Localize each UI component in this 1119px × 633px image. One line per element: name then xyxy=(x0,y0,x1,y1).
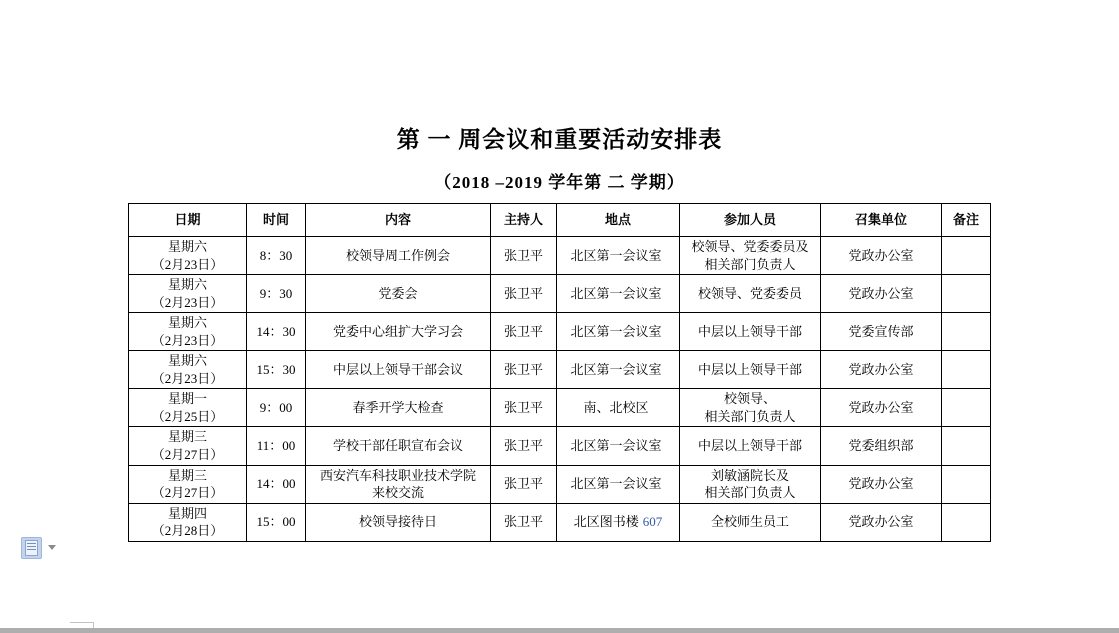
cell-location: 北区第一会议室 xyxy=(557,465,680,503)
cell-remark xyxy=(942,275,991,313)
cell-participants: 中层以上领导干部 xyxy=(680,313,821,351)
col-header-location: 地点 xyxy=(557,204,680,237)
cell-participants: 校领导、党委委员及 相关部门负责人 xyxy=(680,237,821,275)
col-header-organizer: 召集单位 xyxy=(821,204,942,237)
cell-content: 党委会 xyxy=(306,275,491,313)
cell-content: 校领导周工作例会 xyxy=(306,237,491,275)
col-header-host: 主持人 xyxy=(491,204,557,237)
paste-options-icon[interactable] xyxy=(21,537,42,559)
cell-location-text: 南、北校区 xyxy=(583,400,648,415)
cell-remark xyxy=(942,389,991,427)
cell-remark xyxy=(942,465,991,503)
cell-location: 南、北校区 xyxy=(557,389,680,427)
cell-time: 9：30 xyxy=(247,275,306,313)
meeting-schedule-table: 日期 时间 内容 主持人 地点 参加人员 召集单位 备注 星期六 （2月23日）… xyxy=(128,203,991,542)
cell-location-text: 北区第一会议室 xyxy=(570,362,661,377)
col-header-date: 日期 xyxy=(129,204,247,237)
cell-date: 星期三 （2月27日） xyxy=(129,427,247,465)
cell-host: 张卫平 xyxy=(491,503,557,541)
col-header-content: 内容 xyxy=(306,204,491,237)
cell-content: 学校干部任职宣布会议 xyxy=(306,427,491,465)
cell-time: 15：30 xyxy=(247,351,306,389)
cell-content: 党委中心组扩大学习会 xyxy=(306,313,491,351)
table-row: 星期六 （2月23日） 9：30 党委会 张卫平 北区第一会议室 校领导、党委委… xyxy=(129,275,991,313)
cell-organizer: 党政办公室 xyxy=(821,465,942,503)
col-header-remark: 备注 xyxy=(942,204,991,237)
cell-host: 张卫平 xyxy=(491,465,557,503)
cell-organizer: 党政办公室 xyxy=(821,275,942,313)
cell-location-text: 北区第一会议室 xyxy=(570,476,661,491)
cell-remark xyxy=(942,503,991,541)
table-row: 星期三 （2月27日） 14：00 西安汽车科技职业技术学院 来校交流 张卫平 … xyxy=(129,465,991,503)
cell-time: 8：30 xyxy=(247,237,306,275)
cell-date: 星期六 （2月23日） xyxy=(129,237,247,275)
cell-location: 北区图书楼607 xyxy=(557,503,680,541)
paste-options-widget xyxy=(21,537,61,559)
table-row: 星期六 （2月23日） 15：30 中层以上领导干部会议 张卫平 北区第一会议室… xyxy=(129,351,991,389)
cell-date: 星期三 （2月27日） xyxy=(129,465,247,503)
cell-organizer: 党政办公室 xyxy=(821,237,942,275)
cell-date: 星期四 （2月28日） xyxy=(129,503,247,541)
cell-host: 张卫平 xyxy=(491,275,557,313)
cell-remark xyxy=(942,237,991,275)
cell-location: 北区第一会议室 xyxy=(557,427,680,465)
cell-host: 张卫平 xyxy=(491,351,557,389)
cell-location: 北区第一会议室 xyxy=(557,237,680,275)
cell-content: 中层以上领导干部会议 xyxy=(306,351,491,389)
cell-participants: 中层以上领导干部 xyxy=(680,351,821,389)
cell-location-text: 北区第一会议室 xyxy=(570,438,661,453)
cell-time: 11：00 xyxy=(247,427,306,465)
cell-location-text: 北区图书楼 xyxy=(574,514,639,529)
cell-remark xyxy=(942,427,991,465)
cell-time: 14：30 xyxy=(247,313,306,351)
cell-date: 星期六 （2月23日） xyxy=(129,313,247,351)
cell-organizer: 党政办公室 xyxy=(821,389,942,427)
cell-time: 15：00 xyxy=(247,503,306,541)
document-title: 第 一 周会议和重要活动安排表 xyxy=(0,121,1119,154)
cell-date: 星期一 （2月25日） xyxy=(129,389,247,427)
table-row: 星期四 （2月28日） 15：00 校领导接待日 张卫平 北区图书楼607 全校… xyxy=(129,503,991,541)
cell-location: 北区第一会议室 xyxy=(557,351,680,389)
cell-content: 春季开学大检查 xyxy=(306,389,491,427)
cell-remark xyxy=(942,313,991,351)
table-header-row: 日期 时间 内容 主持人 地点 参加人员 召集单位 备注 xyxy=(129,204,991,237)
cell-date: 星期六 （2月23日） xyxy=(129,351,247,389)
cell-location-number: 607 xyxy=(643,514,663,529)
cell-participants: 中层以上领导干部 xyxy=(680,427,821,465)
cell-participants: 全校师生员工 xyxy=(680,503,821,541)
table-row: 星期六 （2月23日） 8：30 校领导周工作例会 张卫平 北区第一会议室 校领… xyxy=(129,237,991,275)
cell-host: 张卫平 xyxy=(491,313,557,351)
cell-location: 北区第一会议室 xyxy=(557,275,680,313)
cell-organizer: 党政办公室 xyxy=(821,503,942,541)
col-header-time: 时间 xyxy=(247,204,306,237)
cell-content: 校领导接待日 xyxy=(306,503,491,541)
cell-host: 张卫平 xyxy=(491,389,557,427)
cell-organizer: 党委宣传部 xyxy=(821,313,942,351)
cell-time: 9：00 xyxy=(247,389,306,427)
document-subtitle: （2018 –2019 学年第 二 学期） xyxy=(0,168,1119,193)
chevron-down-icon[interactable] xyxy=(48,545,56,550)
table-row: 星期六 （2月23日） 14：30 党委中心组扩大学习会 张卫平 北区第一会议室… xyxy=(129,313,991,351)
cell-time: 14：00 xyxy=(247,465,306,503)
cell-host: 张卫平 xyxy=(491,237,557,275)
table-row: 星期三 （2月27日） 11：00 学校干部任职宣布会议 张卫平 北区第一会议室… xyxy=(129,427,991,465)
cell-location-text: 北区第一会议室 xyxy=(570,248,661,263)
clipboard-sheet-icon xyxy=(25,540,38,556)
cell-location-text: 北区第一会议室 xyxy=(570,324,661,339)
cell-participants: 校领导、党委委员 xyxy=(680,275,821,313)
cell-participants: 校领导、 相关部门负责人 xyxy=(680,389,821,427)
table-row: 星期一 （2月25日） 9：00 春季开学大检查 张卫平 南、北校区 校领导、 … xyxy=(129,389,991,427)
col-header-participants: 参加人员 xyxy=(680,204,821,237)
cell-date: 星期六 （2月23日） xyxy=(129,275,247,313)
cell-organizer: 党政办公室 xyxy=(821,351,942,389)
cell-remark xyxy=(942,351,991,389)
document-page: 第 一 周会议和重要活动安排表 （2018 –2019 学年第 二 学期） 日期… xyxy=(0,0,1119,633)
cell-location: 北区第一会议室 xyxy=(557,313,680,351)
cell-participants: 刘敏涵院长及 相关部门负责人 xyxy=(680,465,821,503)
cell-organizer: 党委组织部 xyxy=(821,427,942,465)
page-bottom-edge xyxy=(0,628,1119,633)
cell-location-text: 北区第一会议室 xyxy=(570,286,661,301)
cell-content: 西安汽车科技职业技术学院 来校交流 xyxy=(306,465,491,503)
cell-host: 张卫平 xyxy=(491,427,557,465)
